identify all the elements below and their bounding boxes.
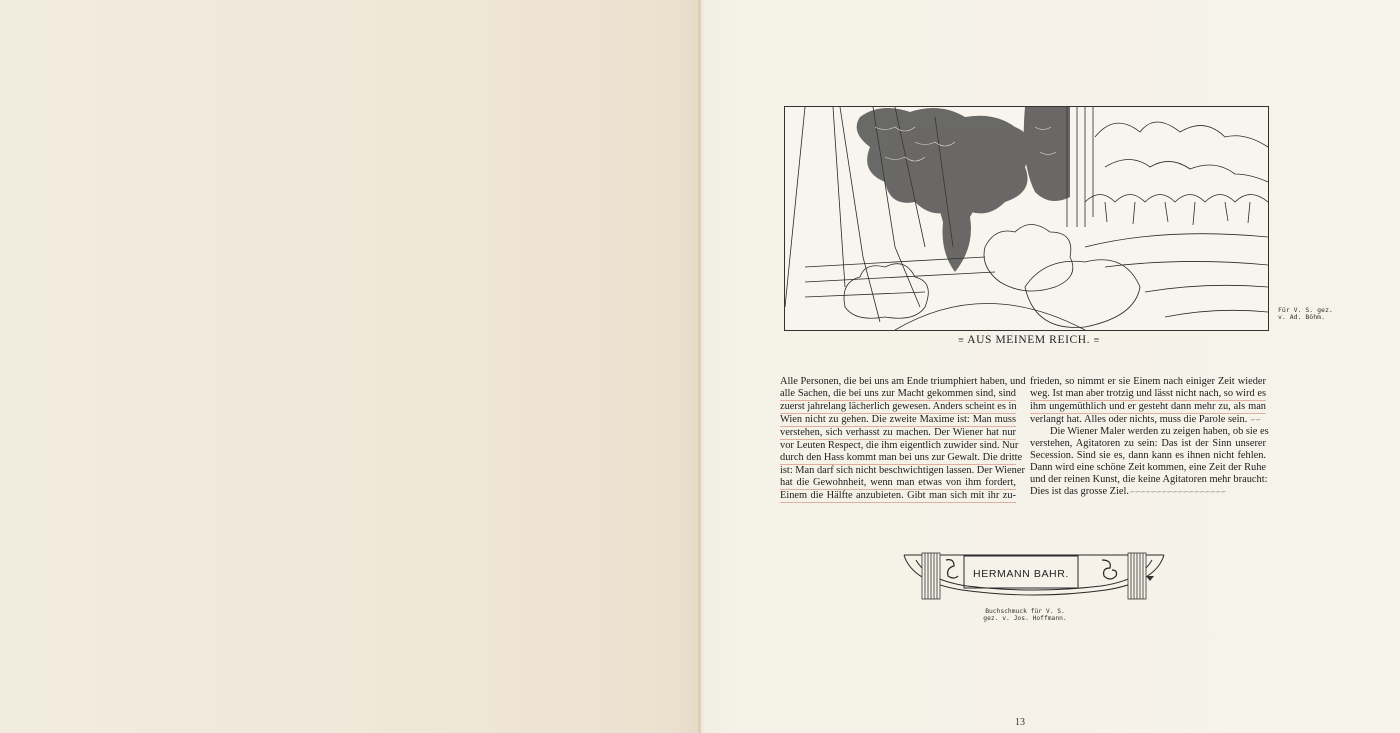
- text-line: Dies ist das grosse Ziel.∽∽∽∽∽∽∽∽∽∽∽∽∽∽∽…: [1030, 486, 1266, 498]
- article-title: AUS MEINEM REICH.: [967, 334, 1090, 346]
- text-line: Einem die Hälfte anzubieten. Gibt man si…: [780, 490, 1016, 503]
- text-column-2: frieden, so nimmt er sie Einem nach eini…: [1030, 376, 1266, 498]
- text-line: verstehen, Agitatoren zu sein: Das ist d…: [1030, 438, 1266, 450]
- ornament-credit-line-1: Buchschmuck für V. S.: [970, 608, 1080, 615]
- illustration-credit: Für V. S. gez. v. Ad. Böhm.: [1278, 307, 1333, 321]
- closing-ornament-icon: ∽∽∽∽∽∽∽∽∽∽∽∽∽∽∽∽∽∽: [1129, 488, 1226, 496]
- title-ornament-left-icon: ≡: [958, 335, 964, 346]
- text-line: zuerst jahrelang lächerlich gewesen. And…: [780, 401, 1016, 414]
- ornament-credit-line-2: gez. v. Jos. Hoffmann.: [970, 615, 1080, 622]
- text-line: und der reinen Kunst, die keine Agitator…: [1030, 474, 1266, 486]
- paragraph-end-ornament-icon: ∽∽: [1250, 416, 1261, 424]
- text-line: vor Leuten Respect, die ihm eigentlich z…: [780, 440, 1016, 452]
- ornament-credit: Buchschmuck für V. S. gez. v. Jos. Hoffm…: [970, 608, 1080, 622]
- text-line: verlangt hat. Alles oder nichts, muss di…: [1030, 414, 1266, 426]
- author-name: HERMANN BAHR.: [964, 568, 1078, 580]
- text-line: alle Sachen, die bei uns zur Macht gekom…: [780, 388, 1016, 401]
- illustration-credit-line-2: v. Ad. Böhm.: [1278, 313, 1325, 321]
- text-line: frieden, so nimmt er sie Einem nach eini…: [1030, 376, 1266, 388]
- text-line: hat die Gewohnheit, wenn man etwas von i…: [780, 477, 1016, 490]
- tree-landscape-drawing-icon: [785, 107, 1268, 330]
- landscape-illustration: [784, 106, 1269, 331]
- text-line: Secession. Sind sie es, dann kann es ihn…: [1030, 450, 1266, 462]
- text-line: durch den Hass kommt man bei uns zur Gew…: [780, 452, 1016, 465]
- text-line: weg. Ist man aber trotzig und lässt nich…: [1030, 388, 1266, 401]
- text-line: ihm ungemüthlich und er gesteht dann meh…: [1030, 401, 1266, 414]
- article-title-row: ≡ AUS MEINEM REICH. ≡: [949, 334, 1109, 346]
- text-line: ist: Man darf sich nicht beschwichtigen …: [780, 465, 1016, 477]
- text-line: verstehen, sich verhasst zu machen. Der …: [780, 427, 1016, 440]
- title-ornament-right-icon: ≡: [1094, 335, 1100, 346]
- text-line: Alle Personen, die bei uns am Ende trium…: [780, 376, 1016, 388]
- left-page-blank: [0, 0, 701, 733]
- text-line: Wien nicht zu gehen. Die zweite Maxime i…: [780, 414, 1016, 427]
- book-gutter: [698, 0, 704, 733]
- text-column-1: Alle Personen, die bei uns am Ende trium…: [780, 376, 1016, 503]
- page-number: 13: [1010, 717, 1030, 728]
- text-line: Dann wird eine schöne Zeit kommen, eine …: [1030, 462, 1266, 474]
- text-line: Die Wiener Maler werden zu zeigen haben,…: [1030, 426, 1266, 438]
